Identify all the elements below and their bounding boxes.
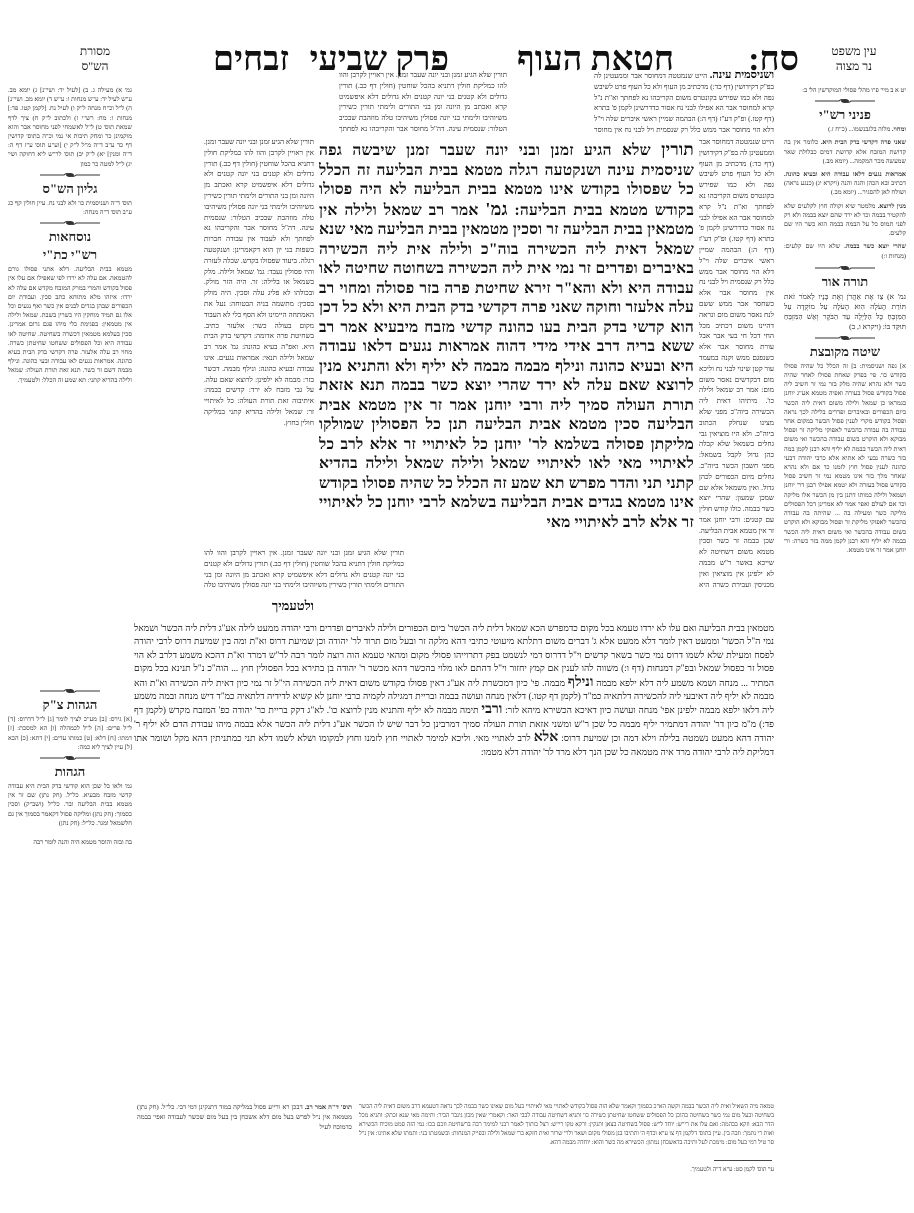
tosafot-column-side: הייט שנמטטה דמחוסר אבר וממעטינן לה בפ"ק … xyxy=(699,137,774,592)
footnote-separator xyxy=(714,1160,772,1161)
bottom-heading-verabbi: ורבי xyxy=(481,702,502,717)
gemara-body: אמר רב שמאל ולילה אין מטמאין בבית הבליעה… xyxy=(319,202,694,531)
left-sidebar: גמ' א) מעילה ג. ב) [לעיל יד: ושי"נ] ג) י… xyxy=(8,86,132,1186)
divider-flourish-icon xyxy=(40,688,100,694)
hagahot-tzk-title: הגהות צ"ק xyxy=(8,697,132,713)
tractate-name: זבחים xyxy=(213,40,289,80)
rashi-text-continued: תורין שלא הגיע זמנן ובני יונה שעבר זמנן.… xyxy=(204,138,314,427)
masoret-hashas-text: גמ' א) מעילה ג. ב) [לעיל יד: ושי"נ] ג) י… xyxy=(8,86,132,169)
rashi-column-top: תורין שלא הגיע זמנן ובני יונה שעבר זמנן.… xyxy=(339,70,507,135)
pnei-rashi-title: פניני רש"י xyxy=(784,107,906,123)
bottom-gloss-left: תוס' ד"ה אמר רב. דבכן רא ורייע פסול במלי… xyxy=(137,1103,352,1133)
pnei-rashi-entry: אמראות נגעים דלאו עבודה היא ובעיא כהונה.… xyxy=(784,170,906,198)
divider-flourish-icon xyxy=(40,220,100,226)
rashi-text: תורין שלא הגיע זמנן ובני יונה שעבר זמנן.… xyxy=(339,71,507,135)
left-footer-note: בה ובזה והוסר מטמא היה והנה לומר רבה xyxy=(8,838,132,847)
right-sidebar: יט א ב מיי' פ"ו מהל' פסולי המוקדשין הל' … xyxy=(784,86,906,1186)
masoret-line-2: הש"ס xyxy=(55,59,135,74)
gloss-label: תוס' ד"ה אמר רב. xyxy=(305,1104,352,1111)
rashi-column-side: תורין שלא הגיע זמנן ובני יונה שעבר זמנן.… xyxy=(204,137,314,547)
nuschaot-title: נוסחאות xyxy=(8,229,132,245)
footnotes-text: טמאה מיה השאיל ואית ליה הכשר בבמה וקשה ה… xyxy=(359,1104,774,1146)
ein-mishpat-line-1: עין משפט xyxy=(814,44,894,59)
hagahot-text: גמ' ולאו כל שכן הוא קודשי בדק הבית היא ע… xyxy=(8,782,132,828)
pnei-rashi-entry: שאני פרה דקדשי בדק הבית היא. כלומר אין ב… xyxy=(784,138,906,166)
divider-flourish-icon xyxy=(815,265,875,271)
torah-or-title: תורה אור xyxy=(784,274,906,290)
ein-mishpat-line-2: נר מצוה xyxy=(814,59,894,74)
torah-or-text: גמ' א) צַו אֶת אַהֲרֹן וְאֶת בָּנָיו לֵא… xyxy=(784,292,906,332)
gemara-text: תורין שלא הגיע זמנן ובני יונה שעבר זמנן … xyxy=(319,140,694,610)
pnei-rashi-entry: ומחוי. מלוה בלגבנשמו... (כ"ח ז.) xyxy=(784,125,906,134)
nuschaot-text: מטמא בבית הבליעה. דלא אתני פסולו גורם לה… xyxy=(8,265,132,685)
bottom-heading-venilaf: ונילף xyxy=(568,675,594,690)
shita-mekubetzet-title: שיטה מקובצת xyxy=(784,344,906,360)
tosafot-dibur-hamatchil: ושניסמית עינה. xyxy=(710,70,774,81)
bottom-heading-ela: אלא xyxy=(534,730,559,745)
gilyon-hashas-text: תוס' ד"ה ושניסמית כו' ולא לבני נח. עיין … xyxy=(8,199,132,217)
ein-mishpat-entry: יט א ב מיי' פ"ו מהל' פסולי המוקדשין הל' … xyxy=(784,86,906,95)
tosafot-text-continued: הייט שנמטטה דמחוסר אבר וממעטינן לה בפ"ק … xyxy=(699,138,774,592)
pnei-rashi-entry: שהרי יוצא כשר בבמה. שלא היו שם קלעים: (מ… xyxy=(784,242,906,260)
nuschaot-subtitle: רש"י כת"י xyxy=(8,247,132,263)
divider-flourish-icon xyxy=(40,172,100,178)
mishnah-opening-word: תורין xyxy=(661,140,694,159)
gilyon-hashas-title: גליון הש"ס xyxy=(8,181,132,197)
bottom-tosafot: מטמאין בבית הבליעה ואם עלו לא ירדו טעמא … xyxy=(134,622,774,1020)
hagahot-title: הגהות xyxy=(8,764,132,780)
pnei-rashi-entry: מנין לרוצא. מלמטר שיא וקולה חוץ לקלעים ש… xyxy=(784,202,906,239)
page-footnote: עי' תוס' לקמן סט: ע"א ד"ה ולטעמיך. xyxy=(574,1166,774,1175)
masoret-line-1: מסורת xyxy=(55,44,135,59)
shita-mekubetzet-text: א] גפה ושניסמית: ב] זה הכלל כל שהיה פסול… xyxy=(784,362,906,555)
divider-flourish-icon xyxy=(815,98,875,104)
ein-mishpat-header: עין משפט נר מצוה xyxy=(814,44,894,74)
divider-flourish-icon xyxy=(40,755,100,761)
catchword: ולטעמיך xyxy=(272,598,314,614)
gemara-marker: גמ' xyxy=(485,199,507,219)
tosafot-column-top: ושניסמית עינה. הייט שנמטטה דמחוסר אבר ומ… xyxy=(594,70,774,135)
divider-flourish-icon xyxy=(815,335,875,341)
bottom-footnotes: טמאה מיה השאיל ואית ליה הכשר בבמה וקשה ה… xyxy=(359,1103,774,1188)
hagahot-tzk-text: [א] גירס: [ב] מע"כ לציך לומר [ג] ל"ל דדר… xyxy=(8,715,132,752)
tosafot-text: הייט שנמטטה דמחוסר אבר וממעטינן לה בפ"ק … xyxy=(594,72,774,135)
masoret-hashas-header: מסורת הש"ס xyxy=(55,44,135,74)
